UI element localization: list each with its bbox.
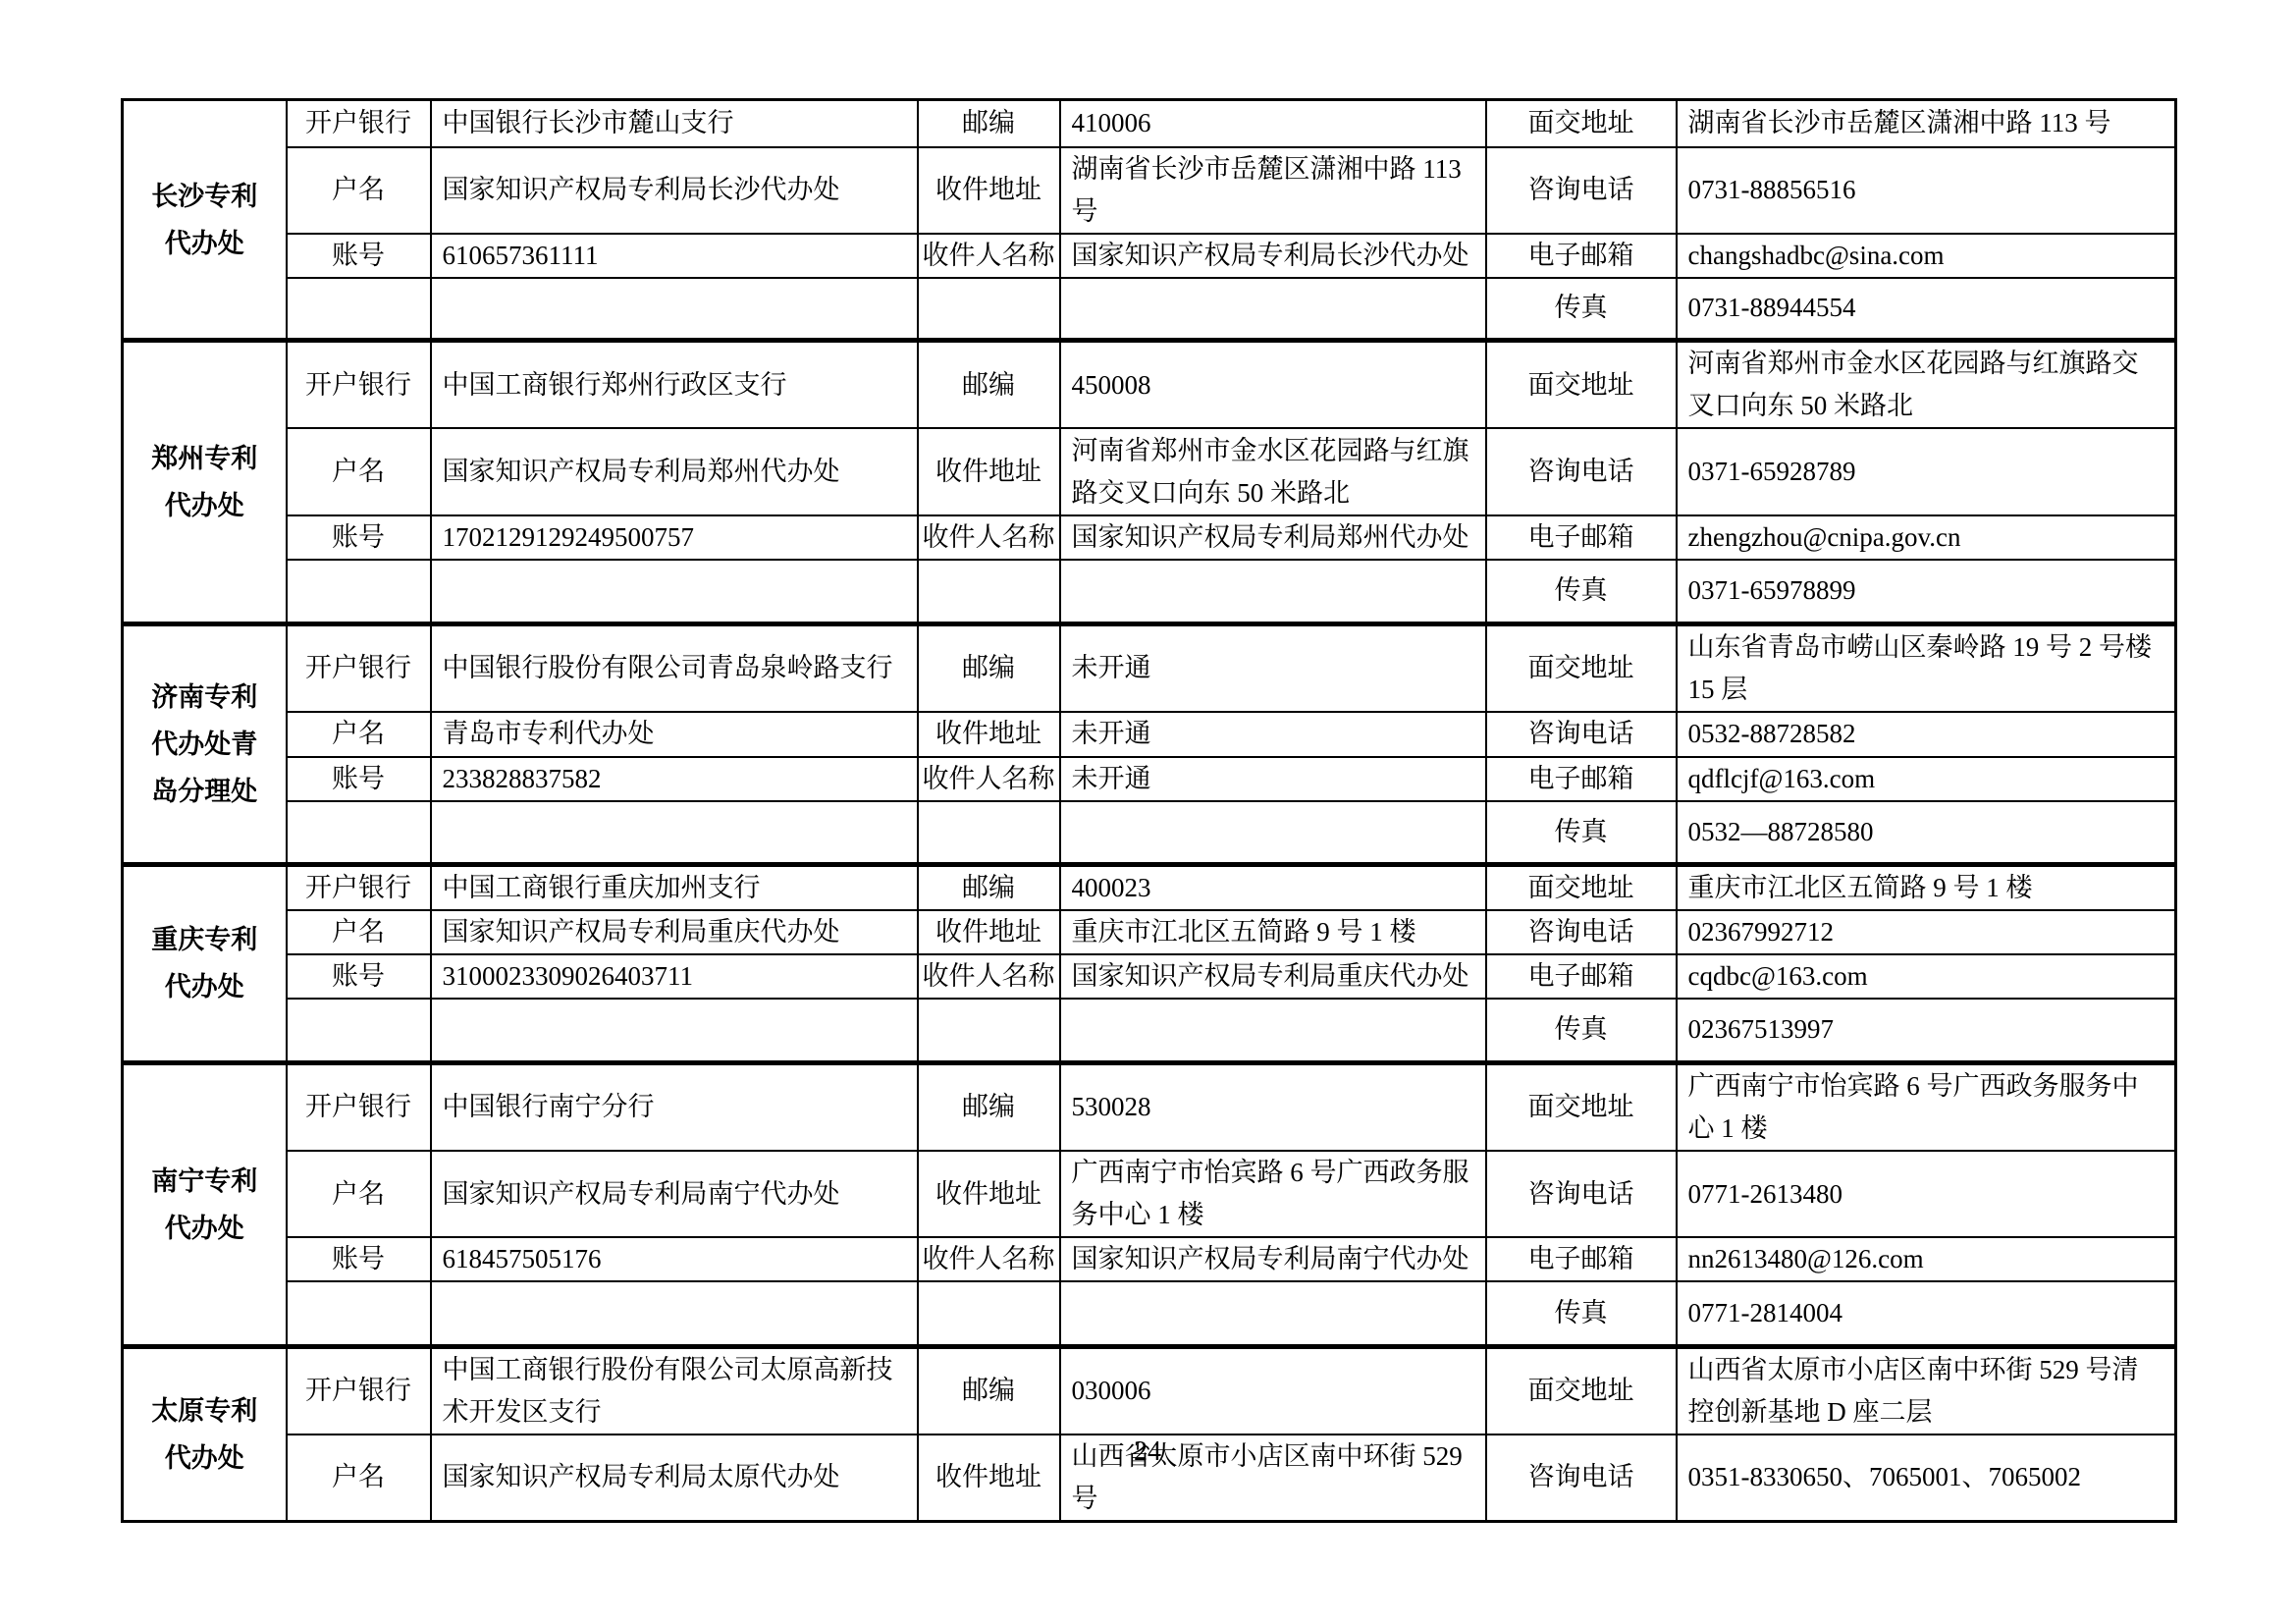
office-name-jinan-qingdao: 济南专利 代办处青 岛分理处	[123, 623, 287, 865]
value-phone: 0771-2613480	[1677, 1151, 2176, 1237]
value-zip: 030006	[1060, 1346, 1486, 1435]
label-visit-address: 面交地址	[1486, 865, 1677, 911]
value-phone: 02367992712	[1677, 910, 2176, 954]
value-bank: 中国工商银行郑州行政区支行	[431, 341, 918, 429]
label-email: 电子邮箱	[1486, 954, 1677, 999]
value-zip: 未开通	[1060, 623, 1486, 712]
label-bank: 开户银行	[287, 623, 431, 712]
table-row: 传真 0371-65978899	[123, 560, 2176, 623]
value-phone: 0371-65928789	[1677, 428, 2176, 515]
table-row: 账号 1702129129249500757 收件人名称 国家知识产权局专利局郑…	[123, 515, 2176, 560]
empty-cell	[918, 560, 1060, 623]
document-page: { "page": { "number": "24" }, "labels": …	[0, 0, 2296, 1624]
empty-cell	[1060, 801, 1486, 865]
table-row: 户名 国家知识产权局专利局重庆代办处 收件地址 重庆市江北区五简路 9 号 1 …	[123, 910, 2176, 954]
label-email: 电子邮箱	[1486, 1237, 1677, 1281]
label-phone: 咨询电话	[1486, 1151, 1677, 1237]
label-mail-address: 收件地址	[918, 1151, 1060, 1237]
value-recipient: 国家知识产权局专利局南宁代办处	[1060, 1237, 1486, 1281]
label-account-number: 账号	[287, 515, 431, 560]
label-phone: 咨询电话	[1486, 428, 1677, 515]
value-phone: 0532-88728582	[1677, 712, 2176, 757]
table-row: 长沙专利 代办处 开户银行 中国银行长沙市麓山支行 邮编 410006 面交地址…	[123, 100, 2176, 147]
value-email: cqdbc@163.com	[1677, 954, 2176, 999]
table-row: 户名 国家知识产权局专利局郑州代办处 收件地址 河南省郑州市金水区花园路与红旗路…	[123, 428, 2176, 515]
value-bank: 中国工商银行重庆加州支行	[431, 865, 918, 911]
table-row: 重庆专利 代办处 开户银行 中国工商银行重庆加州支行 邮编 400023 面交地…	[123, 865, 2176, 911]
empty-cell	[1060, 999, 1486, 1062]
label-recipient: 收件人名称	[918, 515, 1060, 560]
label-mail-address: 收件地址	[918, 428, 1060, 515]
value-mail-address: 广西南宁市怡宾路 6 号广西政务服务中心 1 楼	[1060, 1151, 1486, 1237]
label-zip: 邮编	[918, 100, 1060, 147]
value-account-name: 国家知识产权局专利局郑州代办处	[431, 428, 918, 515]
office-name-changsha: 长沙专利 代办处	[123, 100, 287, 341]
label-fax: 传真	[1486, 560, 1677, 623]
value-recipient: 国家知识产权局专利局长沙代办处	[1060, 234, 1486, 278]
label-account-number: 账号	[287, 1237, 431, 1281]
value-account-number: 1702129129249500757	[431, 515, 918, 560]
value-mail-address: 未开通	[1060, 712, 1486, 757]
value-mail-address: 河南省郑州市金水区花园路与红旗路交叉口向东 50 米路北	[1060, 428, 1486, 515]
table-row: 账号 233828837582 收件人名称 未开通 电子邮箱 qdflcjf@1…	[123, 757, 2176, 801]
empty-cell	[918, 278, 1060, 341]
label-zip: 邮编	[918, 1346, 1060, 1435]
value-email: nn2613480@126.com	[1677, 1237, 2176, 1281]
empty-cell	[287, 801, 431, 865]
value-visit-address: 河南省郑州市金水区花园路与红旗路交叉口向东 50 米路北	[1677, 341, 2176, 429]
value-account-name: 国家知识产权局专利局南宁代办处	[431, 1151, 918, 1237]
value-zip: 450008	[1060, 341, 1486, 429]
table-row: 户名 国家知识产权局专利局长沙代办处 收件地址 湖南省长沙市岳麓区潇湘中路 11…	[123, 147, 2176, 234]
value-recipient: 国家知识产权局专利局郑州代办处	[1060, 515, 1486, 560]
value-account-number: 610657361111	[431, 234, 918, 278]
value-fax: 0532—88728580	[1677, 801, 2176, 865]
value-visit-address: 广西南宁市怡宾路 6 号广西政务服务中心 1 楼	[1677, 1062, 2176, 1151]
empty-cell	[431, 560, 918, 623]
table-row: 南宁专利 代办处 开户银行 中国银行南宁分行 邮编 530028 面交地址 广西…	[123, 1062, 2176, 1151]
empty-cell	[287, 1281, 431, 1346]
page-number: 24	[121, 1435, 2174, 1469]
empty-cell	[287, 560, 431, 623]
label-phone: 咨询电话	[1486, 910, 1677, 954]
empty-cell	[918, 1281, 1060, 1346]
label-account-number: 账号	[287, 234, 431, 278]
value-fax: 0371-65978899	[1677, 560, 2176, 623]
label-visit-address: 面交地址	[1486, 100, 1677, 147]
label-account-name: 户名	[287, 910, 431, 954]
table-row: 传真 0532—88728580	[123, 801, 2176, 865]
value-account-number: 3100023309026403711	[431, 954, 918, 999]
label-bank: 开户银行	[287, 865, 431, 911]
value-visit-address: 山西省太原市小店区南中环街 529 号清控创新基地 D 座二层	[1677, 1346, 2176, 1435]
label-fax: 传真	[1486, 801, 1677, 865]
value-visit-address: 重庆市江北区五简路 9 号 1 楼	[1677, 865, 2176, 911]
label-zip: 邮编	[918, 865, 1060, 911]
value-zip: 410006	[1060, 100, 1486, 147]
label-visit-address: 面交地址	[1486, 1062, 1677, 1151]
label-email: 电子邮箱	[1486, 234, 1677, 278]
value-recipient: 未开通	[1060, 757, 1486, 801]
label-recipient: 收件人名称	[918, 757, 1060, 801]
table-row: 传真 02367513997	[123, 999, 2176, 1062]
empty-cell	[918, 801, 1060, 865]
label-fax: 传真	[1486, 1281, 1677, 1346]
value-visit-address: 山东省青岛市崂山区秦岭路 19 号 2 号楼 15 层	[1677, 623, 2176, 712]
value-recipient: 国家知识产权局专利局重庆代办处	[1060, 954, 1486, 999]
label-zip: 邮编	[918, 623, 1060, 712]
label-mail-address: 收件地址	[918, 712, 1060, 757]
label-phone: 咨询电话	[1486, 712, 1677, 757]
label-account-name: 户名	[287, 712, 431, 757]
label-zip: 邮编	[918, 1062, 1060, 1151]
office-name-zhengzhou: 郑州专利 代办处	[123, 341, 287, 624]
value-bank: 中国银行长沙市麓山支行	[431, 100, 918, 147]
value-bank: 中国银行南宁分行	[431, 1062, 918, 1151]
label-email: 电子邮箱	[1486, 757, 1677, 801]
table-row: 账号 3100023309026403711 收件人名称 国家知识产权局专利局重…	[123, 954, 2176, 999]
empty-cell	[431, 801, 918, 865]
empty-cell	[1060, 560, 1486, 623]
value-fax: 0731-88944554	[1677, 278, 2176, 341]
empty-cell	[1060, 278, 1486, 341]
label-email: 电子邮箱	[1486, 515, 1677, 560]
label-recipient: 收件人名称	[918, 1237, 1060, 1281]
label-recipient: 收件人名称	[918, 234, 1060, 278]
label-bank: 开户银行	[287, 341, 431, 429]
label-recipient: 收件人名称	[918, 954, 1060, 999]
patent-office-contact-table: 长沙专利 代办处 开户银行 中国银行长沙市麓山支行 邮编 410006 面交地址…	[121, 98, 2177, 1523]
office-name-taiyuan: 太原专利 代办处	[123, 1346, 287, 1521]
empty-cell	[431, 1281, 918, 1346]
empty-cell	[431, 278, 918, 341]
empty-cell	[431, 999, 918, 1062]
value-fax: 0771-2814004	[1677, 1281, 2176, 1346]
value-fax: 02367513997	[1677, 999, 2176, 1062]
office-name-chongqing: 重庆专利 代办处	[123, 865, 287, 1063]
label-fax: 传真	[1486, 999, 1677, 1062]
table-row: 太原专利 代办处 开户银行 中国工商银行股份有限公司太原高新技术开发区支行 邮编…	[123, 1346, 2176, 1435]
value-account-name: 青岛市专利代办处	[431, 712, 918, 757]
value-mail-address: 重庆市江北区五简路 9 号 1 楼	[1060, 910, 1486, 954]
empty-cell	[1060, 1281, 1486, 1346]
value-account-name: 国家知识产权局专利局重庆代办处	[431, 910, 918, 954]
label-bank: 开户银行	[287, 100, 431, 147]
label-phone: 咨询电话	[1486, 147, 1677, 234]
table-row: 户名 青岛市专利代办处 收件地址 未开通 咨询电话 0532-88728582	[123, 712, 2176, 757]
value-bank: 中国银行股份有限公司青岛泉岭路支行	[431, 623, 918, 712]
value-account-number: 233828837582	[431, 757, 918, 801]
value-zip: 530028	[1060, 1062, 1486, 1151]
label-visit-address: 面交地址	[1486, 623, 1677, 712]
empty-cell	[287, 999, 431, 1062]
value-email: changshadbc@sina.com	[1677, 234, 2176, 278]
table-row: 济南专利 代办处青 岛分理处 开户银行 中国银行股份有限公司青岛泉岭路支行 邮编…	[123, 623, 2176, 712]
label-account-name: 户名	[287, 1151, 431, 1237]
label-zip: 邮编	[918, 341, 1060, 429]
label-mail-address: 收件地址	[918, 910, 1060, 954]
table-row: 账号 610657361111 收件人名称 国家知识产权局专利局长沙代办处 电子…	[123, 234, 2176, 278]
value-mail-address: 湖南省长沙市岳麓区潇湘中路 113 号	[1060, 147, 1486, 234]
value-account-name: 国家知识产权局专利局长沙代办处	[431, 147, 918, 234]
value-phone: 0731-88856516	[1677, 147, 2176, 234]
empty-cell	[918, 999, 1060, 1062]
table-row: 户名 国家知识产权局专利局南宁代办处 收件地址 广西南宁市怡宾路 6 号广西政务…	[123, 1151, 2176, 1237]
label-account-number: 账号	[287, 757, 431, 801]
value-account-number: 618457505176	[431, 1237, 918, 1281]
table-row: 传真 0771-2814004	[123, 1281, 2176, 1346]
label-account-number: 账号	[287, 954, 431, 999]
label-mail-address: 收件地址	[918, 147, 1060, 234]
table-row: 账号 618457505176 收件人名称 国家知识产权局专利局南宁代办处 电子…	[123, 1237, 2176, 1281]
label-account-name: 户名	[287, 147, 431, 234]
label-bank: 开户银行	[287, 1062, 431, 1151]
label-bank: 开户银行	[287, 1346, 431, 1435]
value-bank: 中国工商银行股份有限公司太原高新技术开发区支行	[431, 1346, 918, 1435]
value-email: qdflcjf@163.com	[1677, 757, 2176, 801]
value-visit-address: 湖南省长沙市岳麓区潇湘中路 113 号	[1677, 100, 2176, 147]
label-fax: 传真	[1486, 278, 1677, 341]
label-visit-address: 面交地址	[1486, 341, 1677, 429]
value-zip: 400023	[1060, 865, 1486, 911]
table-row: 郑州专利 代办处 开户银行 中国工商银行郑州行政区支行 邮编 450008 面交…	[123, 341, 2176, 429]
office-name-nanning: 南宁专利 代办处	[123, 1062, 287, 1346]
label-visit-address: 面交地址	[1486, 1346, 1677, 1435]
label-account-name: 户名	[287, 428, 431, 515]
empty-cell	[287, 278, 431, 341]
table-row: 传真 0731-88944554	[123, 278, 2176, 341]
value-email: zhengzhou@cnipa.gov.cn	[1677, 515, 2176, 560]
